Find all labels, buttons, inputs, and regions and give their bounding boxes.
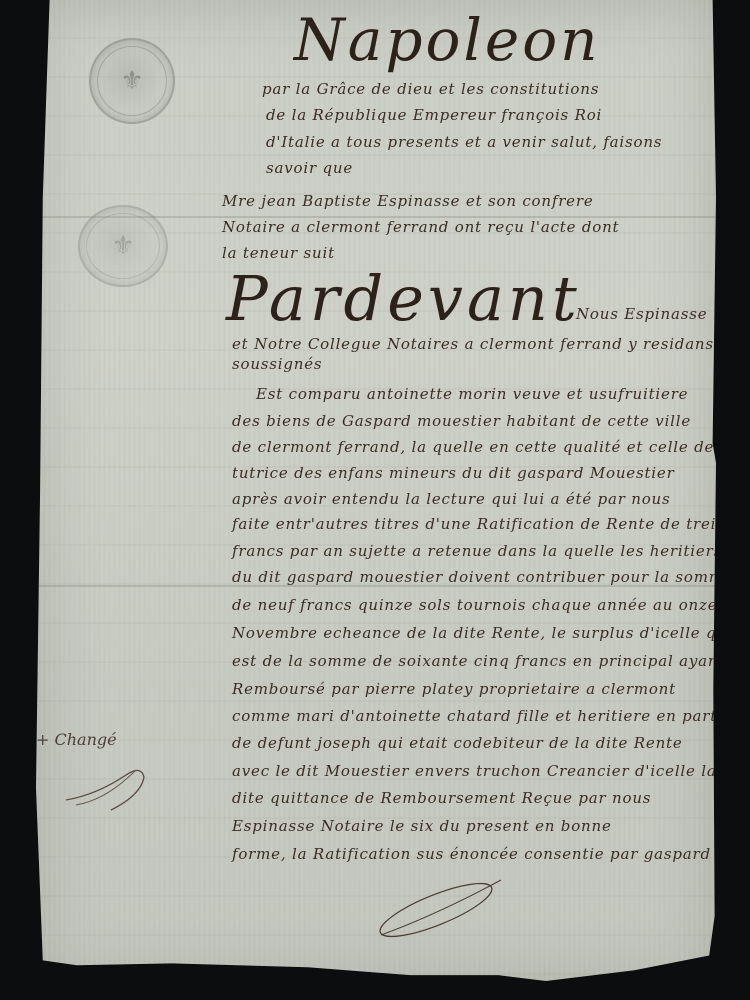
body-line: de clermont ferrand, la quelle en cette … <box>232 438 714 456</box>
body-line: et Notre Collegue Notaires a clermont fe… <box>232 335 714 353</box>
embossed-seal-icon: ⚜ <box>89 38 175 124</box>
body-line: après avoir entendu la lecture qui lui a… <box>232 490 671 508</box>
body-line: faite entr'autres titres d'une Ratificat… <box>232 515 735 533</box>
document-paper: ⚜ ⚜ Napoleon par la Grâce de dieu et les… <box>36 0 716 985</box>
body-line: Est comparu antoinette morin veuve et us… <box>256 385 688 403</box>
margin-flourish-icon <box>56 755 166 815</box>
body-line: dite quittance de Remboursement Reçue pa… <box>232 789 651 807</box>
body-line: francs par an sujette a retenue dans la … <box>232 542 722 560</box>
embossed-seal-icon: ⚜ <box>78 205 168 287</box>
body-line: Remboursé par pierre platey proprietaire… <box>232 680 676 698</box>
signature-paraph-icon <box>366 875 516 950</box>
body-line: des biens de Gaspard mouestier habitant … <box>232 412 691 430</box>
document-heading: Pardevant <box>226 262 581 335</box>
preamble-line: de la République Empereur françois Roi <box>266 106 602 124</box>
body-line: forme, la Ratification sus énoncée conse… <box>232 845 711 863</box>
preamble-line: savoir que <box>266 159 353 177</box>
body-line: Novembre echeance de la dite Rente, le s… <box>232 624 733 642</box>
margin-note: + Changé <box>36 730 117 749</box>
body-line: est de la somme de soixante cinq francs … <box>232 652 750 670</box>
body-line: Espinasse Notaire le six du present en b… <box>232 817 612 835</box>
body-line: avec le dit Mouestier envers truchon Cre… <box>232 762 717 780</box>
preamble-line: par la Grâce de dieu et les constitution… <box>262 80 599 98</box>
body-line: de defunt joseph qui etait codebiteur de… <box>232 734 683 752</box>
body-line: comme mari d'antoinette chatard fille et… <box>232 707 732 725</box>
body-line: du dit gaspard mouestier doivent contrib… <box>232 568 733 586</box>
intro-line: Mre jean Baptiste Espinasse et son confr… <box>222 192 594 210</box>
intro-line: Notaire a clermont ferrand ont reçu l'ac… <box>222 218 619 236</box>
body-line: de neuf francs quinze sols tournois chaq… <box>232 596 717 614</box>
document-title: Napoleon <box>294 6 601 74</box>
preamble-line: d'Italie a tous presents et a venir salu… <box>266 133 662 151</box>
body-line: soussignés <box>232 355 322 373</box>
body-line: tutrice des enfans mineurs du dit gaspar… <box>232 464 675 482</box>
intro-line: la teneur suit <box>222 244 335 262</box>
heading-tail: Nous Espinasse <box>576 305 707 323</box>
